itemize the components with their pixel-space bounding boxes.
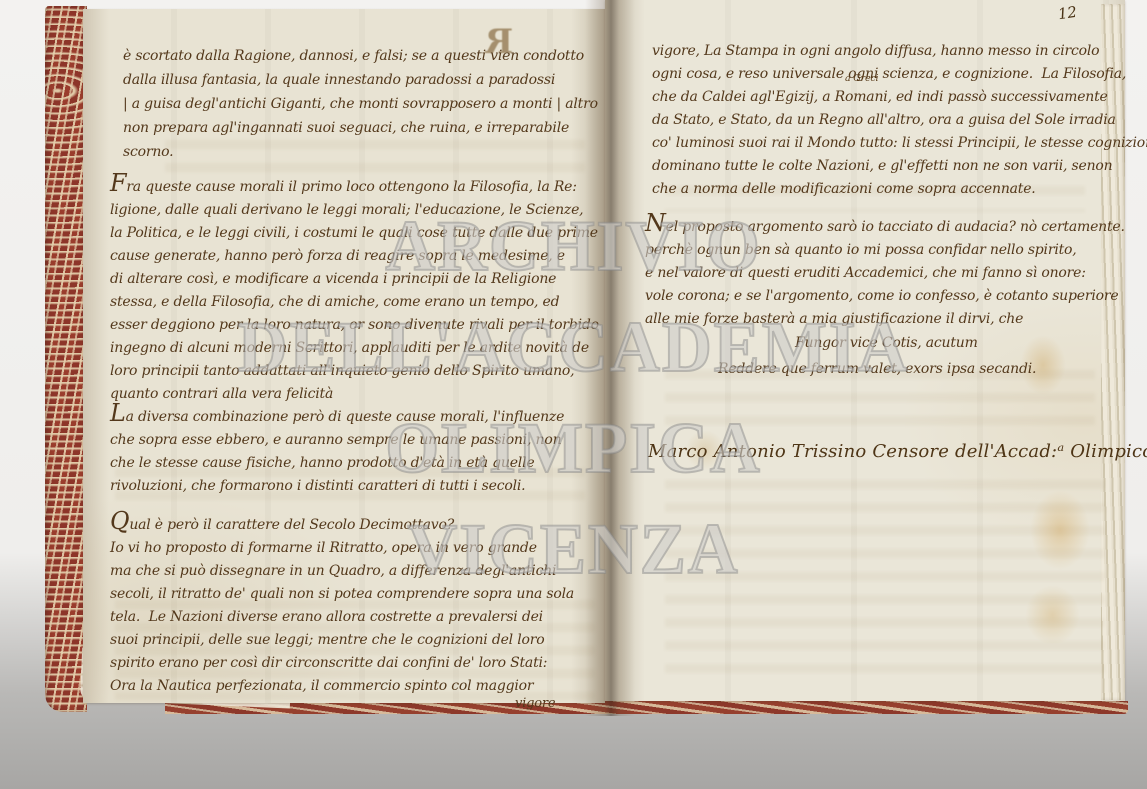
- ink-stain: [1025, 585, 1080, 645]
- ink-stain: [1030, 490, 1090, 570]
- left-paragraph-3: La diversa combinazione però di queste c…: [110, 402, 564, 498]
- left-paragraph-2: Fra queste cause morali il primo loco ot…: [110, 172, 599, 406]
- marbled-cover-left: [45, 6, 87, 712]
- interlinear-insertion: a Greci: [845, 74, 878, 84]
- signature-line: Marco Antonio Trissino Censore dell'Acca…: [648, 440, 1147, 463]
- open-book: R è scortato dalla Ragione, dannosi, e f…: [45, 0, 1130, 716]
- latin-quote-line-1: Fungor vice Cotis, acutum: [795, 332, 978, 355]
- left-paragraph-1: è scortato dalla Ragione, dannosi, e fal…: [123, 44, 598, 164]
- manuscript-scan: R è scortato dalla Ragione, dannosi, e f…: [0, 0, 1147, 789]
- page-number: 12: [1056, 1, 1078, 26]
- right-paragraph-2: Nel proposto argomento sarò io tacciato …: [645, 212, 1125, 331]
- right-paragraph-1: vigore, La Stampa in ogni angolo diffusa…: [652, 40, 1147, 201]
- left-paragraph-4: Qual è però il carattere del Secolo Deci…: [110, 510, 574, 698]
- latin-quote-line-2: Reddere que ferrum valet, exors ipsa sec…: [718, 358, 1036, 381]
- catchword: vigore: [515, 692, 555, 715]
